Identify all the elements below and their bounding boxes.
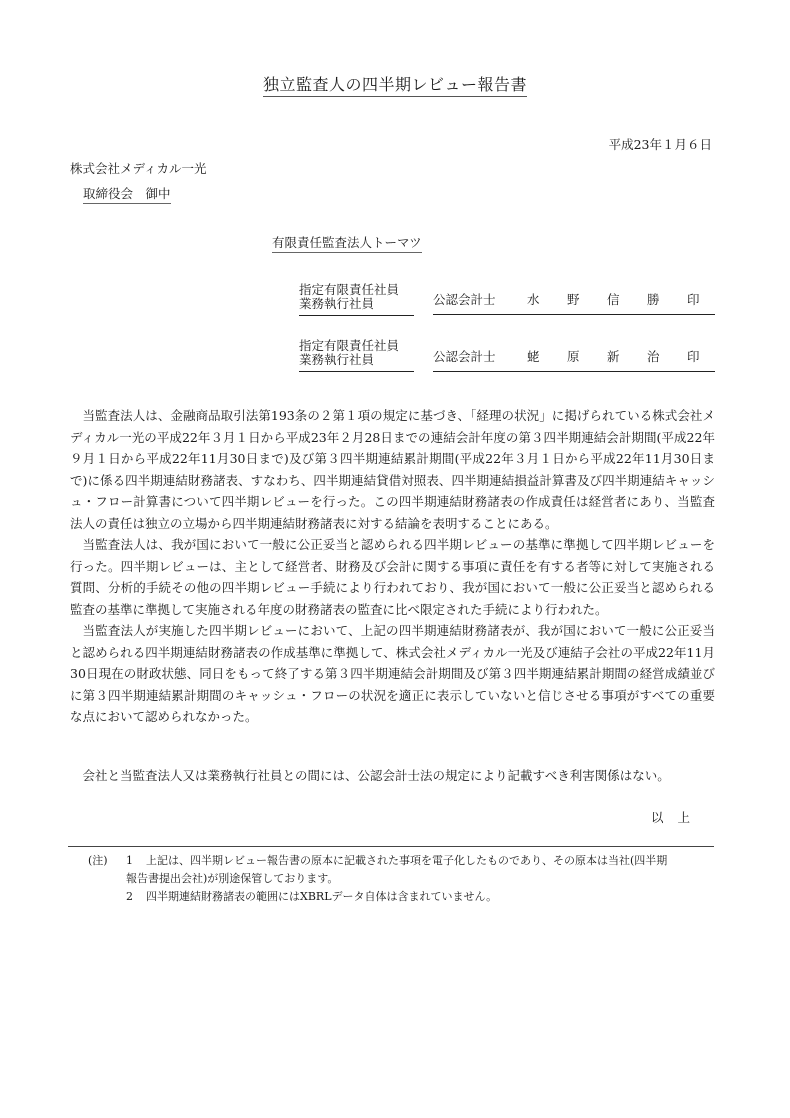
footnote-1: (注) 1 上記は、四半期レビュー報告書の原本に記載された事項を電子化したもので… xyxy=(88,852,718,870)
signatory-2-name-line: 公認会計士 蛯 原 新 治 印 xyxy=(433,345,715,372)
addressee-board-text: 取締役会 御中 xyxy=(83,186,171,204)
footnote-number: 1 xyxy=(126,852,146,870)
signatory-1-role: 指定有限責任社員 業務執行社員 xyxy=(299,283,414,316)
signatory-1-role-line2: 業務執行社員 xyxy=(299,297,414,311)
signatory-1-seal: 印 xyxy=(687,290,700,308)
interest-statement: 会社と当監査法人又は業務執行社員との間には、公認会計士法の規定により記載すべき利… xyxy=(70,765,715,787)
signatory-2-name-char: 原 xyxy=(567,347,607,365)
auditor-firm: 有限責任監査法人トーマツ xyxy=(272,233,422,251)
footnote-label-spacer xyxy=(88,888,126,906)
signatory-2-seal: 印 xyxy=(687,347,700,365)
footnote-text: 上記は、四半期レビュー報告書の原本に記載された事項を電子化したものであり、その原… xyxy=(146,852,718,870)
signatory-1-role-line1: 指定有限責任社員 xyxy=(299,283,414,297)
signatory-1-name-char: 水 xyxy=(527,290,567,308)
signatory-1-name-char: 信 xyxy=(607,290,647,308)
closing-mark: 以上 xyxy=(651,808,704,826)
signatory-2-name-char: 治 xyxy=(647,347,687,365)
paragraph-procedures: 当監査法人は、我が国において一般に公正妥当と認められる四半期レビューの基準に準拠… xyxy=(70,534,715,620)
signatory-2-name-char: 新 xyxy=(607,347,647,365)
signatory-1-name-line: 公認会計士 水 野 信 勝 印 xyxy=(433,288,715,315)
footnote-2: 2 四半期連結財務諸表の範囲にはXBRLデータ自体は含まれていません。 xyxy=(88,888,718,906)
footnotes: (注) 1 上記は、四半期レビュー報告書の原本に記載された事項を電子化したもので… xyxy=(88,852,718,906)
paragraph-conclusion: 当監査法人が実施した四半期レビューにおいて、上記の四半期連結財務諸表が、我が国に… xyxy=(70,620,715,728)
report-date: 平成23年１月６日 xyxy=(609,135,712,153)
footnote-1-continued: 報告書提出会社)が別途保管しております。 xyxy=(88,870,718,888)
signatory-1-name-char: 勝 xyxy=(647,290,687,308)
document-title: 独立監査人の四半期レビュー報告書 xyxy=(0,72,790,95)
report-body: 当監査法人は、金融商品取引法第193条の２第１項の規定に基づき、「経理の状況」に… xyxy=(70,405,715,728)
signatory-2-role-line1: 指定有限責任社員 xyxy=(299,339,414,353)
signatory-2-name-char: 蛯 xyxy=(527,347,567,365)
signatory-2-role-line2: 業務執行社員 xyxy=(299,353,414,367)
footnote-divider xyxy=(68,846,714,847)
footnote-text: 四半期連結財務諸表の範囲にはXBRLデータ自体は含まれていません。 xyxy=(146,888,718,906)
signatory-2-role: 指定有限責任社員 業務執行社員 xyxy=(299,339,414,372)
addressee-company: 株式会社メディカル一光 xyxy=(70,159,207,177)
paragraph-scope: 当監査法人は、金融商品取引法第193条の２第１項の規定に基づき、「経理の状況」に… xyxy=(70,405,715,534)
auditor-firm-text: 有限責任監査法人トーマツ xyxy=(272,235,422,253)
addressee-board: 取締役会 御中 xyxy=(83,184,171,202)
interest-statement-block: 会社と当監査法人又は業務執行社員との間には、公認会計士法の規定により記載すべき利… xyxy=(70,765,715,787)
footnote-label: (注) xyxy=(88,852,126,870)
signatory-1-title: 公認会計士 xyxy=(433,290,527,308)
signatory-1-name-char: 野 xyxy=(567,290,607,308)
document-title-text: 独立監査人の四半期レビュー報告書 xyxy=(263,75,527,97)
footnote-number: 2 xyxy=(126,888,146,906)
signatory-2-title: 公認会計士 xyxy=(433,347,527,365)
